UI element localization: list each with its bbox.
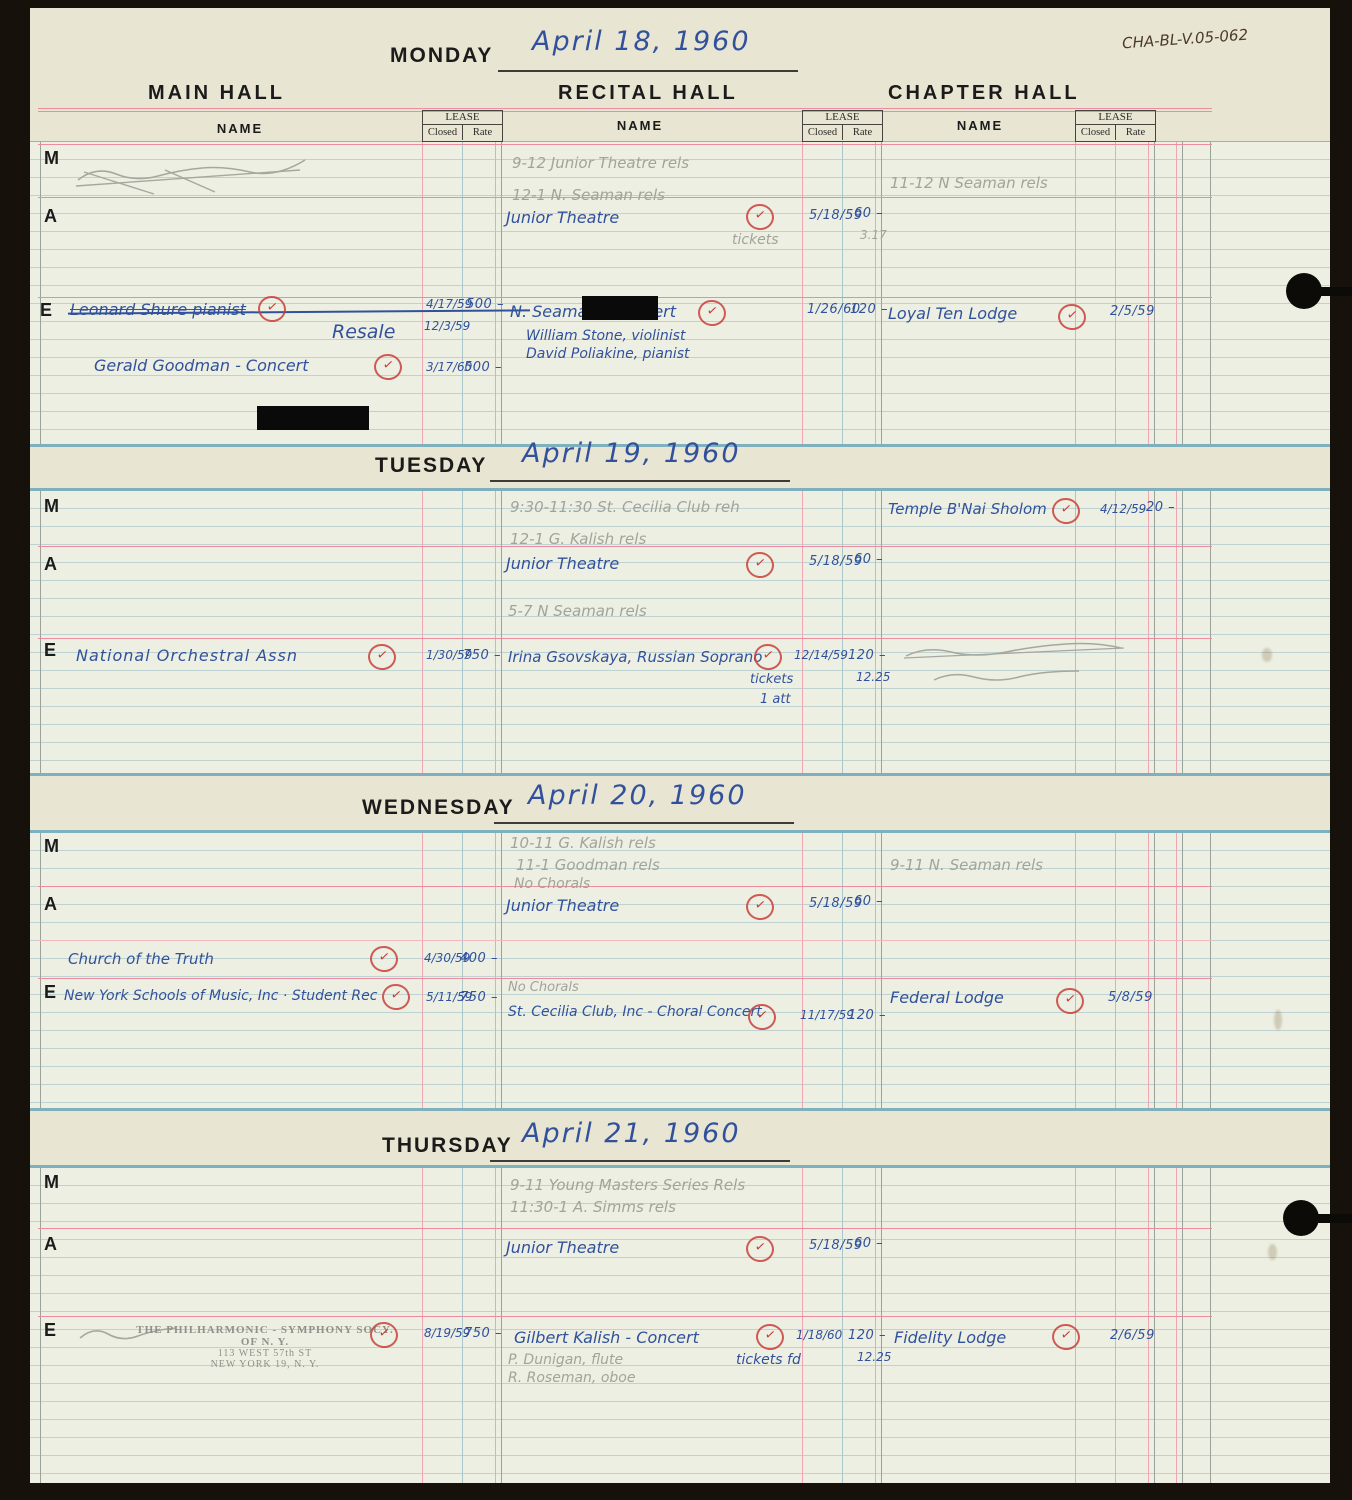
rate-label: Rate — [463, 125, 502, 140]
lease-header-main: LEASE ClosedRate — [422, 110, 503, 142]
rate-label: Rate — [843, 125, 882, 140]
stain — [1262, 648, 1272, 662]
entry-booking: Gerald Goodman - Concert — [94, 356, 309, 375]
row-label-evening: E — [44, 982, 56, 1003]
grid-vline — [881, 833, 882, 1108]
entry-rehearsal: No Chorals — [514, 876, 590, 892]
entry-performer: R. Roseman, oboe — [508, 1370, 635, 1386]
lease-header-recital: LEASE ClosedRate — [802, 110, 883, 142]
row-label-afternoon: A — [44, 206, 57, 227]
grid-vline — [1148, 833, 1149, 1108]
grid-vline — [1154, 491, 1155, 773]
entry-booking: Irina Gsovskaya, Russian Soprano — [508, 648, 762, 666]
grid-vline — [1210, 833, 1211, 1108]
entry-booking: Junior Theatre — [506, 1238, 619, 1257]
grid-vline — [842, 491, 843, 773]
lease-header-chapter: LEASE ClosedRate — [1075, 110, 1156, 142]
grid-vline — [875, 491, 876, 773]
entry-booking: Federal Lodge — [890, 988, 1004, 1007]
grid-vline — [422, 1168, 423, 1483]
row-divider — [38, 978, 1212, 979]
grid-vline — [1154, 833, 1155, 1108]
lease-rate-note: 3.17 — [860, 228, 887, 242]
row-divider — [38, 940, 1212, 941]
lease-rate: 60 – — [854, 1236, 883, 1251]
grid-vline — [1210, 142, 1211, 444]
grid-vline — [501, 142, 502, 444]
hall-title-chapter: CHAPTER HALL — [888, 82, 1080, 105]
entry-note: tickets — [732, 232, 779, 248]
grid-vline — [1210, 1168, 1211, 1483]
grid-tuesday — [30, 488, 1330, 776]
day-label-tuesday: TUESDAY — [375, 454, 487, 478]
ledger-page: MONDAY April 18, 1960 CHA-BL-V.05-062 MA… — [30, 8, 1330, 1480]
row-divider — [38, 144, 1212, 145]
lease-rate: 500 – — [464, 360, 502, 375]
grid-vline — [1182, 491, 1183, 773]
stamp-line: THE PHILHARMONIC - SYMPHONY SOCY. OF N. … — [135, 1324, 395, 1348]
entry-booking: Loyal Ten Lodge — [888, 304, 1017, 323]
grid-vline — [422, 142, 423, 444]
entry-rehearsal: 9-11 N. Seaman rels — [890, 856, 1043, 874]
lease-rate: 120 – — [848, 648, 886, 663]
date-tuesday: April 19, 1960 — [522, 438, 741, 469]
grid-vline — [1182, 142, 1183, 444]
grid-vline — [1176, 142, 1177, 444]
entry-booking: New York Schools of Music, Inc · Student… — [64, 988, 377, 1004]
row-label-evening: E — [44, 640, 56, 661]
grid-vline — [1115, 833, 1116, 1108]
grid-vline — [422, 491, 423, 773]
grid-vline — [1075, 833, 1076, 1108]
entry-rehearsal: 11:30-1 A. Simms rels — [510, 1198, 676, 1216]
entry-booking: Gilbert Kalish - Concert — [514, 1328, 699, 1347]
lease-label: LEASE — [803, 111, 882, 125]
grid-vline — [881, 491, 882, 773]
day-label-monday: MONDAY — [390, 44, 493, 68]
stamp-line: NEW YORK 19, N. Y. — [135, 1359, 395, 1370]
philharmonic-stamp: THE PHILHARMONIC - SYMPHONY SOCY. OF N. … — [135, 1324, 395, 1370]
entry-booking: National Orchestral Assn — [76, 646, 298, 665]
entry-performer: P. Dunigan, flute — [508, 1352, 623, 1368]
lease-rate: 750 – — [460, 990, 498, 1005]
grid-vline — [1115, 142, 1116, 444]
grid-vline — [1075, 142, 1076, 444]
row-divider — [38, 108, 1212, 109]
closed-label: Closed — [423, 125, 463, 140]
entry-booking: Junior Theatre — [506, 554, 619, 573]
grid-vline — [842, 142, 843, 444]
grid-vline — [462, 491, 463, 773]
grid-vline — [462, 142, 463, 444]
date-underline — [498, 70, 798, 72]
entry-booking: Fidelity Lodge — [894, 1328, 1006, 1347]
entry-rehearsal: 10-11 G. Kalish rels — [510, 834, 656, 852]
lease-closed-date: 12/3/59 — [424, 319, 470, 333]
column-header-name-main: NAME — [140, 121, 340, 136]
row-divider — [38, 1316, 1212, 1317]
lease-closed-date: 2/5/59 — [1110, 304, 1155, 319]
grid-vline — [1176, 1168, 1177, 1483]
entry-note: tickets — [750, 672, 793, 687]
entry-note: tickets fd — [736, 1352, 801, 1368]
grid-vline — [1075, 1168, 1076, 1483]
grid-vline — [422, 833, 423, 1108]
lease-closed-date: 1/18/60 — [796, 1328, 842, 1342]
grid-vline — [1115, 491, 1116, 773]
crossed-out-scribble — [928, 664, 1098, 692]
lease-label: LEASE — [1076, 111, 1155, 125]
closed-label: Closed — [1076, 125, 1116, 140]
entry-performer: David Poliakine, pianist — [526, 346, 690, 362]
entry-note: 1 att — [760, 692, 791, 707]
lease-rate: 120 – — [848, 1008, 886, 1023]
entry-note-resale: Resale — [332, 321, 395, 343]
punch-hole — [1283, 1200, 1319, 1236]
stamp-line: 113 WEST 57th ST — [135, 1348, 395, 1359]
grid-vline — [462, 833, 463, 1108]
row-label-morning: M — [44, 1172, 59, 1193]
closed-label: Closed — [803, 125, 843, 140]
grid-wednesday — [30, 830, 1330, 1111]
row-label-afternoon: A — [44, 1234, 57, 1255]
lease-closed-date: 5/8/59 — [1108, 990, 1153, 1005]
lease-rate: 60 – — [854, 552, 883, 567]
entry-booking-cancelled: Leonard Shure pianist — [70, 300, 246, 319]
grid-vline — [495, 142, 496, 444]
grid-vline — [1075, 491, 1076, 773]
grid-vline — [1176, 491, 1177, 773]
stain — [1268, 1244, 1277, 1260]
redaction-box — [257, 406, 369, 430]
grid-vline — [802, 491, 803, 773]
grid-vline — [875, 833, 876, 1108]
lease-rate: 750 – — [464, 1326, 502, 1341]
hall-title-recital: RECITAL HALL — [558, 82, 738, 105]
row-divider — [38, 886, 1212, 887]
grid-vline — [501, 491, 502, 773]
grid-vline — [501, 833, 502, 1108]
date-underline — [490, 1160, 790, 1162]
grid-vline — [875, 142, 876, 444]
date-wednesday: April 20, 1960 — [528, 780, 747, 811]
date-underline — [494, 822, 794, 824]
grid-vline — [1176, 833, 1177, 1108]
grid-vline — [802, 142, 803, 444]
grid-vline — [1154, 142, 1155, 444]
lease-closed-date: 11/17/59 — [800, 1008, 854, 1022]
punch-hole — [1286, 273, 1322, 309]
entry-booking: Junior Theatre — [506, 208, 619, 227]
entry-booking: Church of the Truth — [68, 950, 214, 968]
lease-rate: 120 – — [850, 302, 888, 317]
grid-vline — [1148, 491, 1149, 773]
entry-rehearsal: 9:30-11:30 St. Cecilia Club reh — [510, 498, 740, 516]
scanned-ledger-photo: { "ref": "CHA-BL-V.05-062", "check": "✓"… — [0, 0, 1352, 1500]
grid-vline — [1148, 142, 1149, 444]
row-label-evening: E — [44, 1320, 56, 1341]
entry-rehearsal: 5-7 N Seaman rels — [508, 602, 647, 620]
date-underline — [490, 480, 790, 482]
row-divider — [38, 1228, 1212, 1229]
redaction-box — [582, 296, 658, 320]
lease-rate: 500 – — [466, 297, 504, 312]
grid-vline — [40, 833, 41, 1108]
grid-vline — [40, 491, 41, 773]
grid-vline — [842, 1168, 843, 1483]
row-label-evening: E — [40, 300, 52, 321]
lease-rate-note: 12.25 — [856, 670, 890, 684]
day-label-wednesday: WEDNESDAY — [362, 796, 515, 820]
grid-vline — [495, 833, 496, 1108]
entry-rehearsal: 9-11 Young Masters Series Rels — [510, 1176, 745, 1194]
grid-vline — [495, 491, 496, 773]
row-label-afternoon: A — [44, 894, 57, 915]
entry-rehearsal: 12-1 G. Kalish rels — [510, 530, 646, 548]
day-label-thursday: THURSDAY — [382, 1134, 513, 1158]
entry-booking: Junior Theatre — [506, 896, 619, 915]
grid-vline — [40, 1168, 41, 1483]
lease-closed-date: 2/6/59 — [1110, 1328, 1155, 1343]
row-label-morning: M — [44, 836, 59, 857]
column-header-name-recital: NAME — [540, 118, 740, 133]
grid-vline — [842, 833, 843, 1108]
row-label-afternoon: A — [44, 554, 57, 575]
grid-vline — [1148, 1168, 1149, 1483]
lease-rate: 20 – — [1146, 500, 1175, 515]
rate-label: Rate — [1116, 125, 1155, 140]
lease-rate: 60 – — [854, 206, 883, 221]
grid-vline — [1210, 491, 1211, 773]
row-divider — [38, 111, 1212, 112]
grid-vline — [1182, 1168, 1183, 1483]
lease-label: LEASE — [423, 111, 502, 125]
entry-rehearsal: 9-12 Junior Theatre rels — [512, 154, 689, 172]
lease-rate-note: 12.25 — [857, 1350, 891, 1364]
date-monday: April 18, 1960 — [532, 26, 751, 57]
hall-title-main: MAIN HALL — [148, 82, 285, 105]
date-thursday: April 21, 1960 — [522, 1118, 741, 1149]
stain — [1274, 1010, 1282, 1030]
archive-reference: CHA-BL-V.05-062 — [1122, 26, 1249, 53]
grid-vline — [802, 833, 803, 1108]
row-label-morning: M — [44, 148, 59, 169]
grid-vline — [802, 1168, 803, 1483]
entry-rehearsal: 11-12 N Seaman rels — [890, 174, 1048, 192]
crossed-out-scribble — [70, 156, 340, 198]
grid-vline — [881, 142, 882, 444]
grid-vline — [1154, 1168, 1155, 1483]
entry-booking: Temple B'Nai Sholom — [888, 500, 1047, 518]
entry-note: No Chorals — [508, 980, 579, 995]
lease-closed-date: 4/12/59 — [1100, 502, 1146, 516]
grid-vline — [875, 1168, 876, 1483]
grid-vline — [881, 1168, 882, 1483]
entry-rehearsal: 11-1 Goodman rels — [516, 856, 660, 874]
entry-performer: William Stone, violinist — [526, 328, 685, 344]
grid-vline — [1182, 833, 1183, 1108]
grid-vline — [1115, 1168, 1116, 1483]
lease-closed-date: 12/14/59 — [794, 648, 848, 662]
grid-vline — [40, 142, 41, 444]
entry-rehearsal: 12-1 N. Seaman rels — [512, 186, 665, 204]
lease-rate: 60 – — [854, 894, 883, 909]
entry-booking: St. Cecilia Club, Inc - Choral Concert — [508, 1004, 762, 1020]
lease-rate: 120 – — [848, 1328, 886, 1343]
lease-rate: 750 – — [463, 648, 501, 663]
row-label-morning: M — [44, 496, 59, 517]
column-header-name-chapter: NAME — [880, 118, 1080, 133]
lease-rate: 400 – — [460, 951, 498, 966]
